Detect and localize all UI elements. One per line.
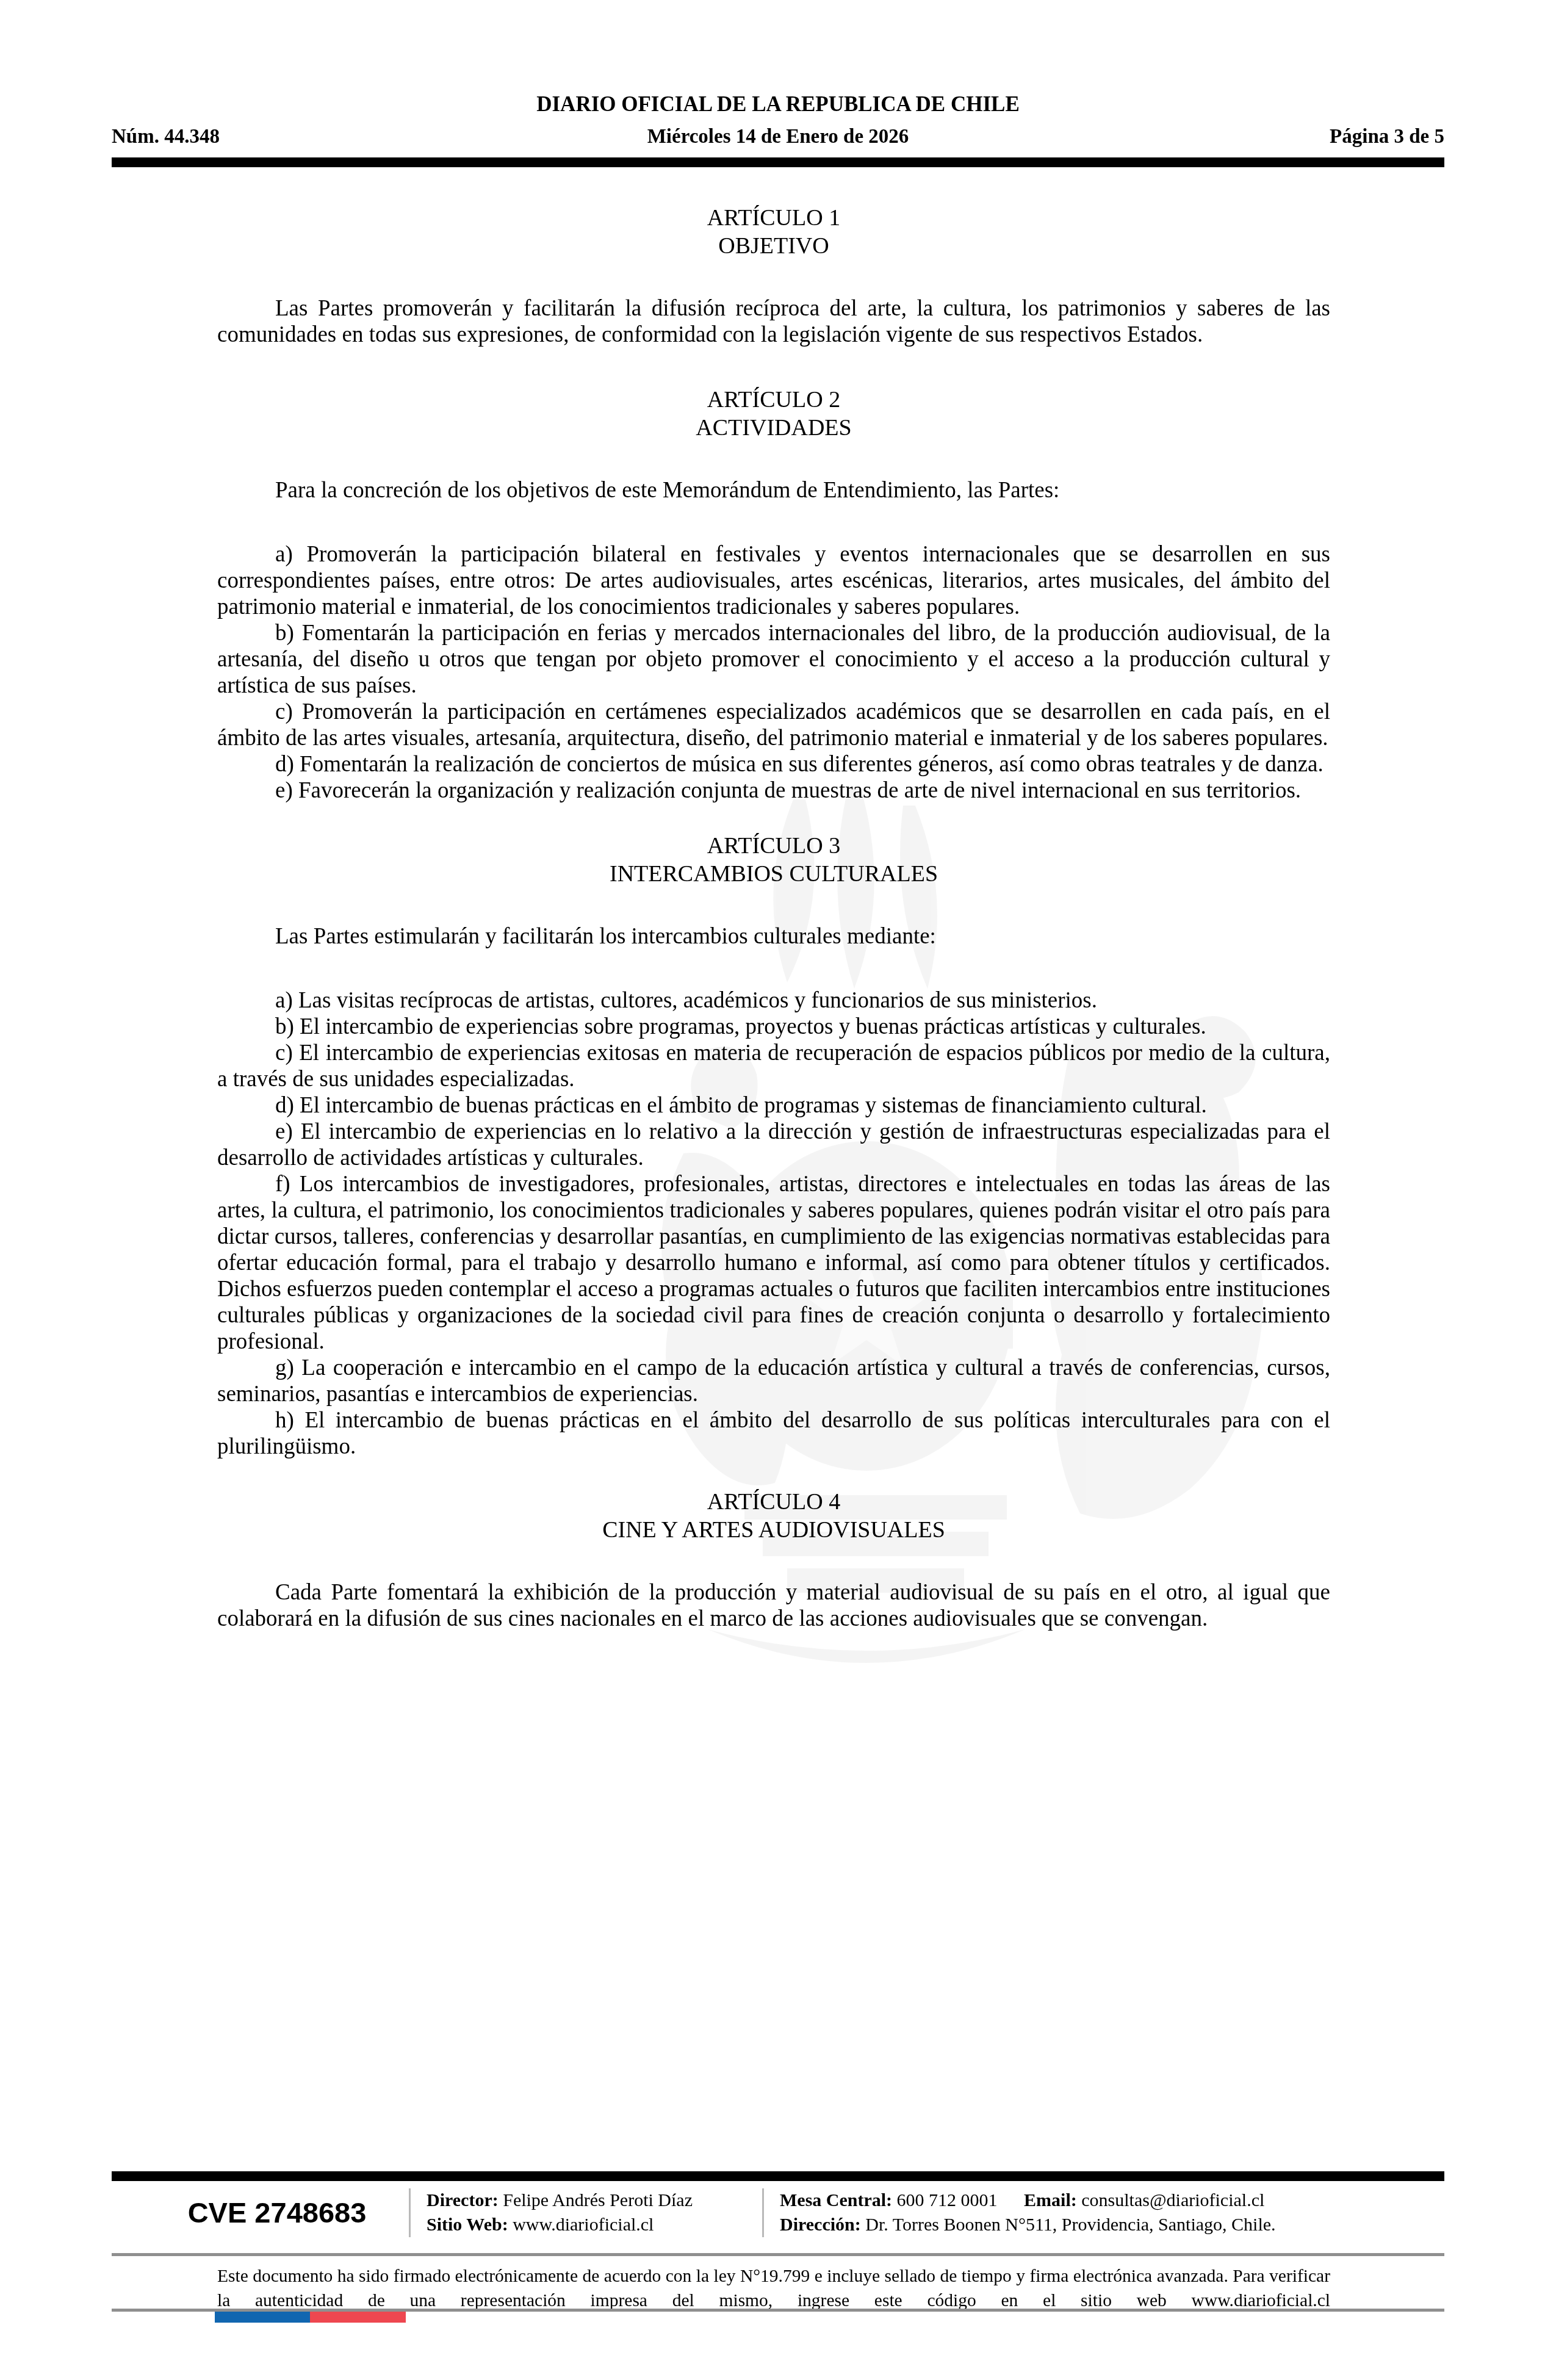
gazette-page: DIARIO OFICIAL DE LA REPUBLICA DE CHILE …: [0, 0, 1556, 2380]
footer-info-box: CVE 2748683 Director: Felipe Andrés Pero…: [112, 2188, 1444, 2237]
flag-red-block: [310, 2312, 406, 2323]
page-indicator: Página 3 de 5: [1000, 124, 1444, 149]
article-heading: ARTÍCULO 1: [217, 204, 1330, 232]
footer-contact-column: Mesa Central: 600 712 0001 Email: consul…: [762, 2188, 1444, 2237]
article-items: a) Las visitas recíprocas de artistas, c…: [217, 987, 1330, 1460]
article-list-item: h) El intercambio de buenas prácticas en…: [217, 1407, 1330, 1460]
director-label: Director:: [427, 2190, 499, 2210]
article-list-item: a) Promoverán la participación bilateral…: [217, 541, 1330, 620]
article-heading-block: ARTÍCULO 4 CINE Y ARTES AUDIOVISUALES: [217, 1488, 1330, 1544]
document-body: ARTÍCULO 1 OBJETIVO Las Partes promoverá…: [217, 183, 1330, 1670]
article-heading-block: ARTÍCULO 2 ACTIVIDADES: [217, 386, 1330, 442]
article-paragraph: Cada Parte fomentará la exhibición de la…: [217, 1579, 1330, 1632]
phone-email-line: Mesa Central: 600 712 0001 Email: consul…: [780, 2188, 1444, 2213]
article-list-item: g) La cooperación e intercambio en el ca…: [217, 1355, 1330, 1407]
article-intro: Las Partes estimularán y facilitarán los…: [217, 923, 1330, 950]
header-rule: [112, 157, 1444, 167]
issue-date: Miércoles 14 de Enero de 2026: [556, 124, 1000, 149]
website-value: www.diarioficial.cl: [513, 2215, 654, 2235]
mesa-central-value: 600 712 0001: [897, 2190, 998, 2210]
article-paragraphs: Cada Parte fomentará la exhibición de la…: [217, 1579, 1330, 1632]
article-list-item: c) El intercambio de experiencias exitos…: [217, 1040, 1330, 1092]
article-paragraphs: Las Partes promoverán y facilitarán la d…: [217, 295, 1330, 348]
article-section: ARTÍCULO 1 OBJETIVO Las Partes promoverá…: [217, 204, 1330, 348]
article-heading: ARTÍCULO 3: [217, 832, 1330, 860]
article-list-item: b) El intercambio de experiencias sobre …: [217, 1014, 1330, 1040]
article-list-item: a) Las visitas recíprocas de artistas, c…: [217, 987, 1330, 1014]
article-section: ARTÍCULO 2 ACTIVIDADES Para la concreció…: [217, 386, 1330, 804]
article-heading-block: ARTÍCULO 3 INTERCAMBIOS CULTURALES: [217, 832, 1330, 888]
article-heading-block: ARTÍCULO 1 OBJETIVO: [217, 204, 1330, 260]
director-line: Director: Felipe Andrés Peroti Díaz: [427, 2188, 762, 2213]
website-label: Sitio Web:: [427, 2215, 508, 2235]
chile-flag-bar: [215, 2312, 406, 2323]
article-heading: ARTÍCULO 4: [217, 1488, 1330, 1516]
email-label: Email:: [1024, 2190, 1077, 2210]
article-intro: Para la concreción de los objetivos de e…: [217, 477, 1330, 503]
address-line: Dirección: Dr. Torres Boonen N°511, Prov…: [780, 2213, 1444, 2237]
article-heading: ARTÍCULO 2: [217, 386, 1330, 414]
flag-blue-block: [215, 2312, 310, 2323]
footer-director-column: Director: Felipe Andrés Peroti Díaz Siti…: [409, 2188, 762, 2237]
address-value: Dr. Torres Boonen N°511, Providencia, Sa…: [865, 2215, 1275, 2235]
email-value: consultas@diarioficial.cl: [1081, 2190, 1264, 2210]
article-list-item: e) Favorecerán la organización y realiza…: [217, 777, 1330, 804]
article-subheading: INTERCAMBIOS CULTURALES: [217, 860, 1330, 888]
address-label: Dirección:: [780, 2215, 861, 2235]
legal-notice: Este documento ha sido firmado electróni…: [217, 2264, 1330, 2313]
article-list-item: e) El intercambio de experiencias en lo …: [217, 1119, 1330, 1171]
article-list-item: d) Fomentarán la realización de conciert…: [217, 751, 1330, 777]
cve-code: CVE 2748683: [112, 2188, 409, 2237]
issue-number: Núm. 44.348: [112, 124, 556, 149]
article-subheading: ACTIVIDADES: [217, 414, 1330, 442]
director-value: Felipe Andrés Peroti Díaz: [503, 2190, 693, 2210]
article-list-item: f) Los intercambios de investigadores, p…: [217, 1171, 1330, 1355]
website-line: Sitio Web: www.diarioficial.cl: [427, 2213, 762, 2237]
page-header: DIARIO OFICIAL DE LA REPUBLICA DE CHILE …: [112, 92, 1444, 167]
article-section: ARTÍCULO 4 CINE Y ARTES AUDIOVISUALES Ca…: [217, 1488, 1330, 1632]
mesa-central-label: Mesa Central:: [780, 2190, 892, 2210]
journal-title: DIARIO OFICIAL DE LA REPUBLICA DE CHILE: [112, 92, 1444, 117]
article-section: ARTÍCULO 3 INTERCAMBIOS CULTURALES Las P…: [217, 832, 1330, 1460]
article-list-item: d) El intercambio de buenas prácticas en…: [217, 1092, 1330, 1119]
footer-middle-rule: [112, 2253, 1444, 2256]
article-list-item: c) Promoverán la participación en certám…: [217, 699, 1330, 751]
article-paragraph: Las Partes promoverán y facilitarán la d…: [217, 295, 1330, 348]
article-list-item: b) Fomentarán la participación en ferias…: [217, 620, 1330, 699]
article-items: a) Promoverán la participación bilateral…: [217, 541, 1330, 804]
header-meta-row: Núm. 44.348 Miércoles 14 de Enero de 202…: [112, 124, 1444, 149]
article-subheading: OBJETIVO: [217, 232, 1330, 260]
footer-top-rule: [112, 2171, 1444, 2181]
article-subheading: CINE Y ARTES AUDIOVISUALES: [217, 1516, 1330, 1544]
